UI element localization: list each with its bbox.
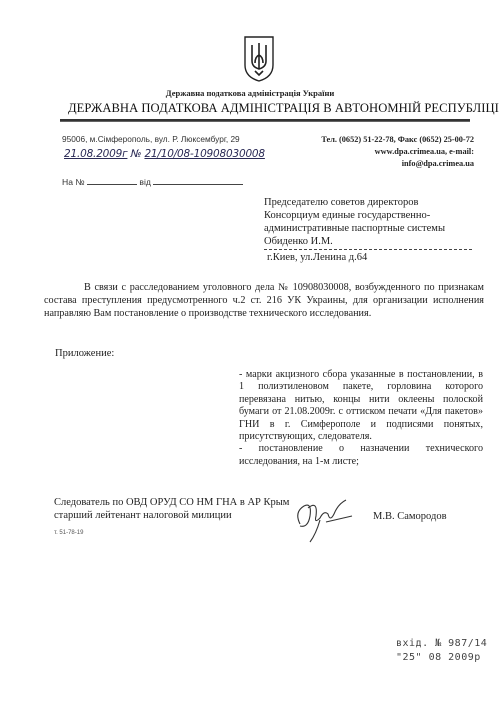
org-contacts: Тел. (0652) 51-22-78, Факс (0652) 25-00-… — [306, 134, 474, 170]
recipient-line: административные паспортные системы — [264, 222, 445, 235]
org-address: 95006, м.Сімферополь, вул. Р. Люксембург… — [62, 134, 240, 144]
recipient-block: Председателю советов директоров Консорци… — [264, 196, 445, 248]
outgoing-number: 21/10/08-10908030008 — [144, 148, 264, 160]
signatory-name: М.В. Самородов — [373, 511, 447, 522]
org-title: ДЕРЖАВНА ПОДАТКОВА АДМІНІСТРАЦІЯ В АВТОН… — [68, 101, 500, 116]
incoming-stamp: вхід. № 987/14 "25" 08 2009р — [396, 637, 487, 665]
number-sign: № — [131, 148, 142, 160]
handwritten-signature-icon — [290, 494, 354, 546]
signatory-position: Следователь по ОВД ОРУД СО НМ ГНА в АР К… — [54, 497, 289, 522]
on-no-blank — [87, 176, 137, 185]
on-no-label: На № — [62, 177, 85, 187]
position-line: Следователь по ОВД ОРУД СО НМ ГНА в АР К… — [54, 497, 289, 510]
appendix-list: - марки акцизного сбора указанные в пост… — [239, 369, 483, 468]
position-line: старший лейтенант налоговой милиции — [54, 510, 289, 523]
from-blank — [153, 176, 243, 185]
incoming-date: "25" 08 2009р — [396, 651, 487, 665]
body-text: В связи с расследованием уголовного дела… — [44, 282, 484, 319]
outgoing-date: 21.08.2009г — [64, 148, 127, 160]
incoming-reference-line: На № від — [62, 176, 243, 187]
body-paragraph: В связи с расследованием уголовного дела… — [44, 281, 484, 320]
appendix-item: - марки акцизного сбора указанные в пост… — [239, 369, 483, 443]
phone-fax: Тел. (0652) 51-22-78, Факс (0652) 25-00-… — [306, 134, 474, 146]
recipient-line: Консорциум единые государственно- — [264, 209, 445, 222]
from-label: від — [139, 177, 151, 187]
recipient-line: Обиденко И.М. — [264, 235, 445, 248]
incoming-number: вхід. № 987/14 — [396, 637, 487, 651]
recipient-line: Председателю советов директоров — [264, 196, 445, 209]
signatory-phone: т. 51-78-19 — [54, 530, 83, 536]
appendix-label: Приложение: — [55, 348, 114, 359]
outgoing-reference: 21.08.2009г № 21/10/08-10908030008 — [64, 148, 265, 160]
org-subtitle: Державна податкова адміністрація України — [0, 88, 500, 98]
recipient-divider — [264, 249, 472, 250]
trident-coat-of-arms-icon — [243, 35, 275, 83]
recipient-address: г.Киев, ул.Ленина д.64 — [267, 252, 367, 263]
web-email: www.dpa.crimea.ua, e-mail: info@dpa.crim… — [306, 146, 474, 170]
header-divider — [60, 119, 470, 122]
appendix-item: - постановление о назначении техническог… — [239, 443, 483, 468]
